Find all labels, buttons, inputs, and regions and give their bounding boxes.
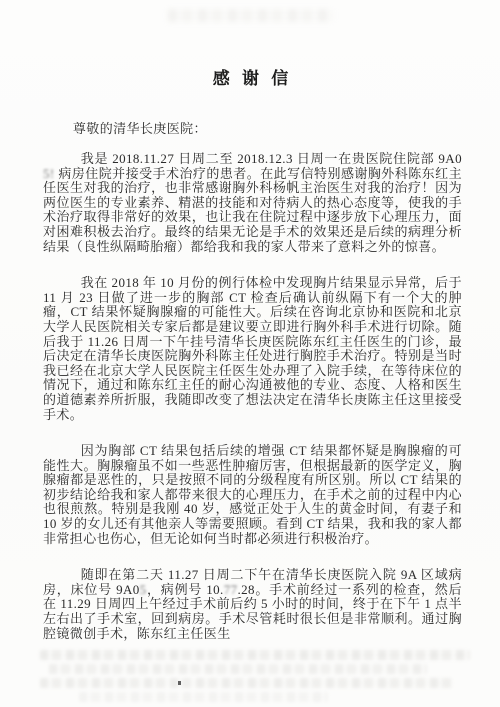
letter-paragraph: 我是 2018.11.27 日周二至 2018.12.3 日周一在贵医院住院部 …	[43, 152, 462, 254]
paragraph-text: 病房住院并接受手术治疗的患者。在此写信特别感谢胸外科陈东红主任医生对我的治疗，也…	[43, 166, 462, 254]
masked-text: 77	[224, 582, 238, 597]
letter-content: 感 谢 信 尊敬的清华长庚医院： 我是 2018.11.27 日周二至 2018…	[43, 0, 462, 663]
paragraph-text: 因为胸部 CT 结果包括后续的增强 CT 结果都怀疑是胸腺瘤的可能性大。胸腺瘤虽…	[43, 443, 462, 546]
ghost-line	[40, 678, 453, 688]
paragraph-text: ，病例号 10.	[147, 582, 224, 597]
ghost-line	[49, 664, 427, 674]
letter-paragraph: 因为胸部 CT 结果包括后续的增强 CT 结果都怀疑是胸腺瘤的可能性大。胸腺瘤虽…	[43, 444, 462, 546]
masked-text: 5	[140, 582, 147, 597]
letter-salutation: 尊敬的清华长庚医院：	[43, 121, 462, 136]
letter-paragraph: 我在 2018 年 10 月份的例行体检中发现胸片结果显示异常，后于 11 月 …	[43, 276, 462, 422]
bleedthrough-ghost-text	[40, 650, 470, 706]
masked-text: 5!	[43, 166, 55, 181]
scanned-letter-page: 感 谢 信 尊敬的清华长庚医院： 我是 2018.11.27 日周二至 2018…	[0, 0, 500, 707]
letter-paragraph: 随即在第二天 11.27 日周二下午在清华长庚医院入院 9A 区域病房，床位号 …	[43, 568, 462, 641]
paragraph-text: 我在 2018 年 10 月份的例行体检中发现胸片结果显示异常，后于 11 月 …	[43, 275, 462, 421]
letter-title: 感 谢 信	[43, 64, 462, 89]
paragraph-text: 我是 2018.11.27 日周二至 2018.12.3 日周一在贵医院住院部 …	[81, 151, 462, 166]
ghost-line	[79, 692, 328, 702]
ghost-line	[40, 650, 470, 660]
ink-speck	[178, 681, 181, 685]
letter-body: 我是 2018.11.27 日周二至 2018.12.3 日周一在贵医院住院部 …	[43, 152, 462, 641]
